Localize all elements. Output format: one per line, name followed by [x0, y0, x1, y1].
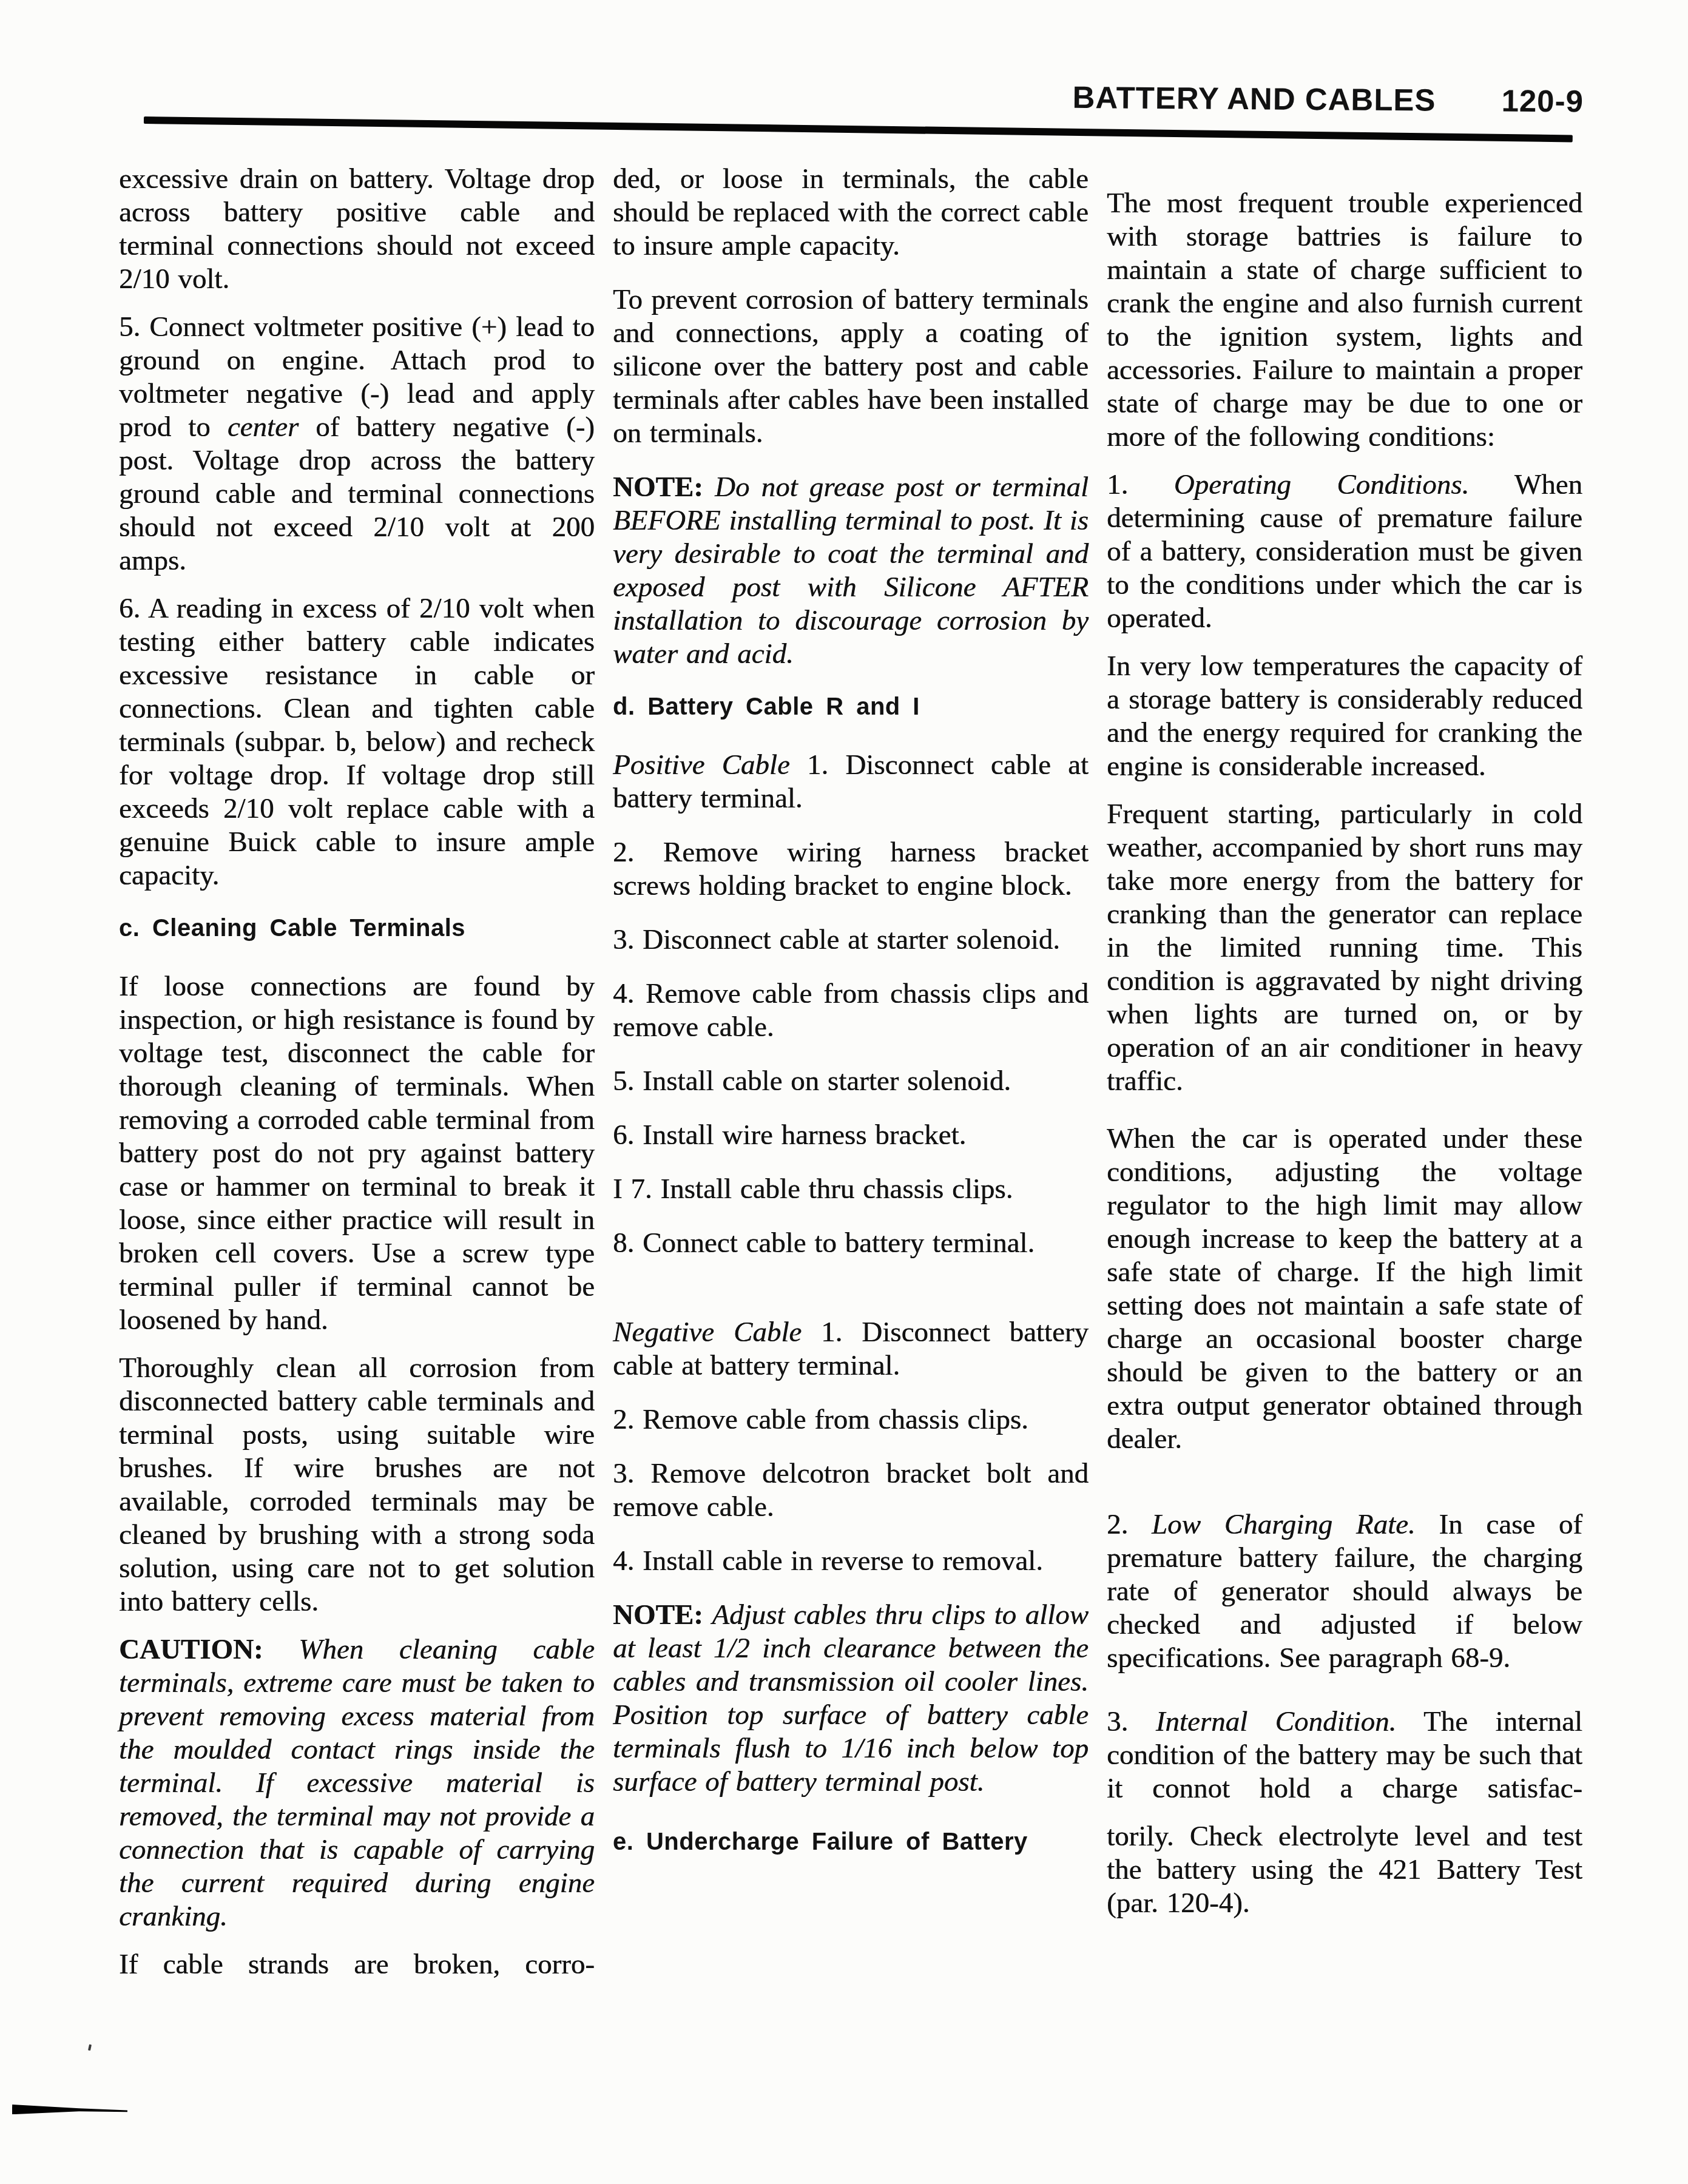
text-segment: 2. Remove cable from chassis clips. [613, 1404, 1028, 1435]
text-segment: When cleaning cable terminals, extreme c… [119, 1634, 595, 1932]
text-segment: CAUTION: [119, 1634, 299, 1665]
paragraph: excessive drain on battery. Voltage drop… [119, 163, 595, 296]
text-segment: 2. Remove wiring harness bracket screws … [613, 837, 1089, 902]
text-segment: If cable strands are broken, corro- [119, 1949, 595, 1980]
text-segment: e. Undercharge Failure of Battery [613, 1828, 1028, 1855]
text-segment: c. Cleaning Cable Terminals [119, 915, 465, 942]
text-segment: Thoroughly clean all corrosion from disc… [119, 1352, 595, 1617]
text-segment: 2. [1107, 1509, 1152, 1540]
paragraph: NOTE: Do not grease post or terminal BEF… [613, 471, 1089, 671]
text-segment: ded, or loose in terminals, the cable sh… [613, 163, 1089, 261]
text-segment: center [228, 411, 299, 443]
text-segment: In very low temperatures the capacity of… [1107, 650, 1582, 782]
text-segment: 8. Connect cable to battery terminal. [613, 1227, 1035, 1259]
paragraph: 3. Internal Condition. The internal cond… [1107, 1705, 1582, 1805]
text-segment: torily. Check electrolyte level and test… [1107, 1821, 1582, 1919]
paragraph: NOTE: Adjust cables thru clips to allow … [613, 1599, 1089, 1799]
text-segment: d. Battery Cable R and I [613, 693, 920, 720]
paragraph: The most frequent trouble experienced wi… [1107, 187, 1582, 454]
paragraph: 5. Connect voltmeter positive (+) lead t… [119, 311, 595, 578]
text-segment: 3. Remove delcotron bracket bolt and rem… [613, 1458, 1089, 1523]
paragraph: 3. Remove delcotron bracket bolt and rem… [613, 1457, 1089, 1524]
paragraph: 2. Low Charging Rate. In case of prematu… [1107, 1508, 1582, 1675]
paragraph: 4. Remove cable from chassis clips and r… [613, 977, 1089, 1044]
paragraph: CAUTION: When cleaning cable terminals, … [119, 1633, 595, 1933]
text-segment: Low Charging Rate. [1152, 1509, 1416, 1540]
paragraph: ded, or loose in terminals, the cable sh… [613, 163, 1089, 263]
text-segment: Negative Cable [613, 1316, 821, 1348]
text-segment: 4. Remove cable from chassis clips and r… [613, 978, 1089, 1043]
section-heading: c. Cleaning Cable Terminals [119, 914, 595, 942]
scan-speck [88, 2044, 92, 2051]
paragraph: If cable strands are broken, corro- [119, 1948, 595, 1981]
column-1: excessive drain on battery. Voltage drop… [119, 163, 595, 1996]
text-segment: The most frequent trouble experienced wi… [1107, 187, 1582, 453]
page-number: 120-9 [1501, 83, 1584, 119]
column-2: ded, or loose in terminals, the cable sh… [613, 163, 1089, 1996]
text-segment: I 7. Install cable thru chassis clips. [613, 1173, 1013, 1205]
text-segment: Internal Condition. [1156, 1706, 1397, 1737]
text-segment: 1. [1107, 469, 1174, 500]
paragraph: 6. Install wire harness bracket. [613, 1119, 1089, 1152]
text-segment: 6. Install wire harness bracket. [613, 1119, 966, 1151]
text-segment: 4. Install cable in reverse to removal. [613, 1545, 1043, 1577]
paragraph: 2. Remove wiring harness bracket screws … [613, 836, 1089, 903]
paragraph: 1. Operating Conditions. When determinin… [1107, 468, 1582, 635]
text-segment: If loose connections are found by inspec… [119, 971, 595, 1336]
paragraph: 3. Disconnect cable at starter solenoid. [613, 923, 1089, 957]
paragraph: Positive Cable 1. Disconnect cable at ba… [613, 749, 1089, 815]
column-3: The most frequent trouble experienced wi… [1107, 163, 1582, 1996]
text-segment: Frequent starting, particularly in cold … [1107, 798, 1582, 1097]
paragraph: 8. Connect cable to battery terminal. [613, 1227, 1089, 1260]
text-segment: 5. Install cable on starter solenoid. [613, 1065, 1011, 1097]
page-content: excessive drain on battery. Voltage drop… [119, 163, 1582, 1996]
text-segment: Positive Cable [613, 749, 807, 781]
section-heading: e. Undercharge Failure of Battery [613, 1828, 1089, 1856]
text-segment: NOTE: [613, 1599, 712, 1631]
footer-mark [12, 2104, 127, 2115]
text-segment: NOTE: [613, 471, 715, 503]
text-segment: 6. A reading in excess of 2/10 volt when… [119, 593, 595, 891]
paragraph: When the car is operated under these con… [1107, 1122, 1582, 1456]
text-segment: Operating Conditions. [1174, 469, 1470, 500]
paragraph: 6. A reading in excess of 2/10 volt when… [119, 592, 595, 892]
text-segment: When the car is operated under these con… [1107, 1123, 1582, 1455]
paragraph: I 7. Install cable thru chassis clips. [613, 1173, 1089, 1206]
paragraph: If loose connections are found by inspec… [119, 970, 595, 1337]
paragraph: Negative Cable 1. Disconnect battery cab… [613, 1316, 1089, 1383]
paragraph: torily. Check electrolyte level and test… [1107, 1820, 1582, 1920]
page-title: BATTERY AND CABLES [1072, 79, 1436, 118]
text-segment: To prevent corrosion of battery terminal… [613, 284, 1089, 449]
paragraph: 5. Install cable on starter solenoid. [613, 1065, 1089, 1098]
paragraph: 2. Remove cable from chassis clips. [613, 1403, 1089, 1437]
paragraph: 4. Install cable in reverse to removal. [613, 1545, 1089, 1578]
header-rule [144, 116, 1573, 142]
paragraph: To prevent corrosion of battery terminal… [613, 283, 1089, 450]
paragraph: Thoroughly clean all corrosion from disc… [119, 1352, 595, 1619]
text-segment: 3. [1107, 1706, 1156, 1737]
paragraph: Frequent starting, particularly in cold … [1107, 798, 1582, 1098]
text-segment: 3. Disconnect cable at starter solenoid. [613, 924, 1060, 955]
section-heading: d. Battery Cable R and I [613, 693, 1089, 721]
paragraph: In very low temperatures the capacity of… [1107, 650, 1582, 783]
text-segment: excessive drain on battery. Voltage drop… [119, 163, 595, 295]
manual-page: BATTERY AND CABLES 120-9 excessive drain… [0, 0, 1688, 2184]
page-header: BATTERY AND CABLES 120-9 [118, 72, 1584, 120]
